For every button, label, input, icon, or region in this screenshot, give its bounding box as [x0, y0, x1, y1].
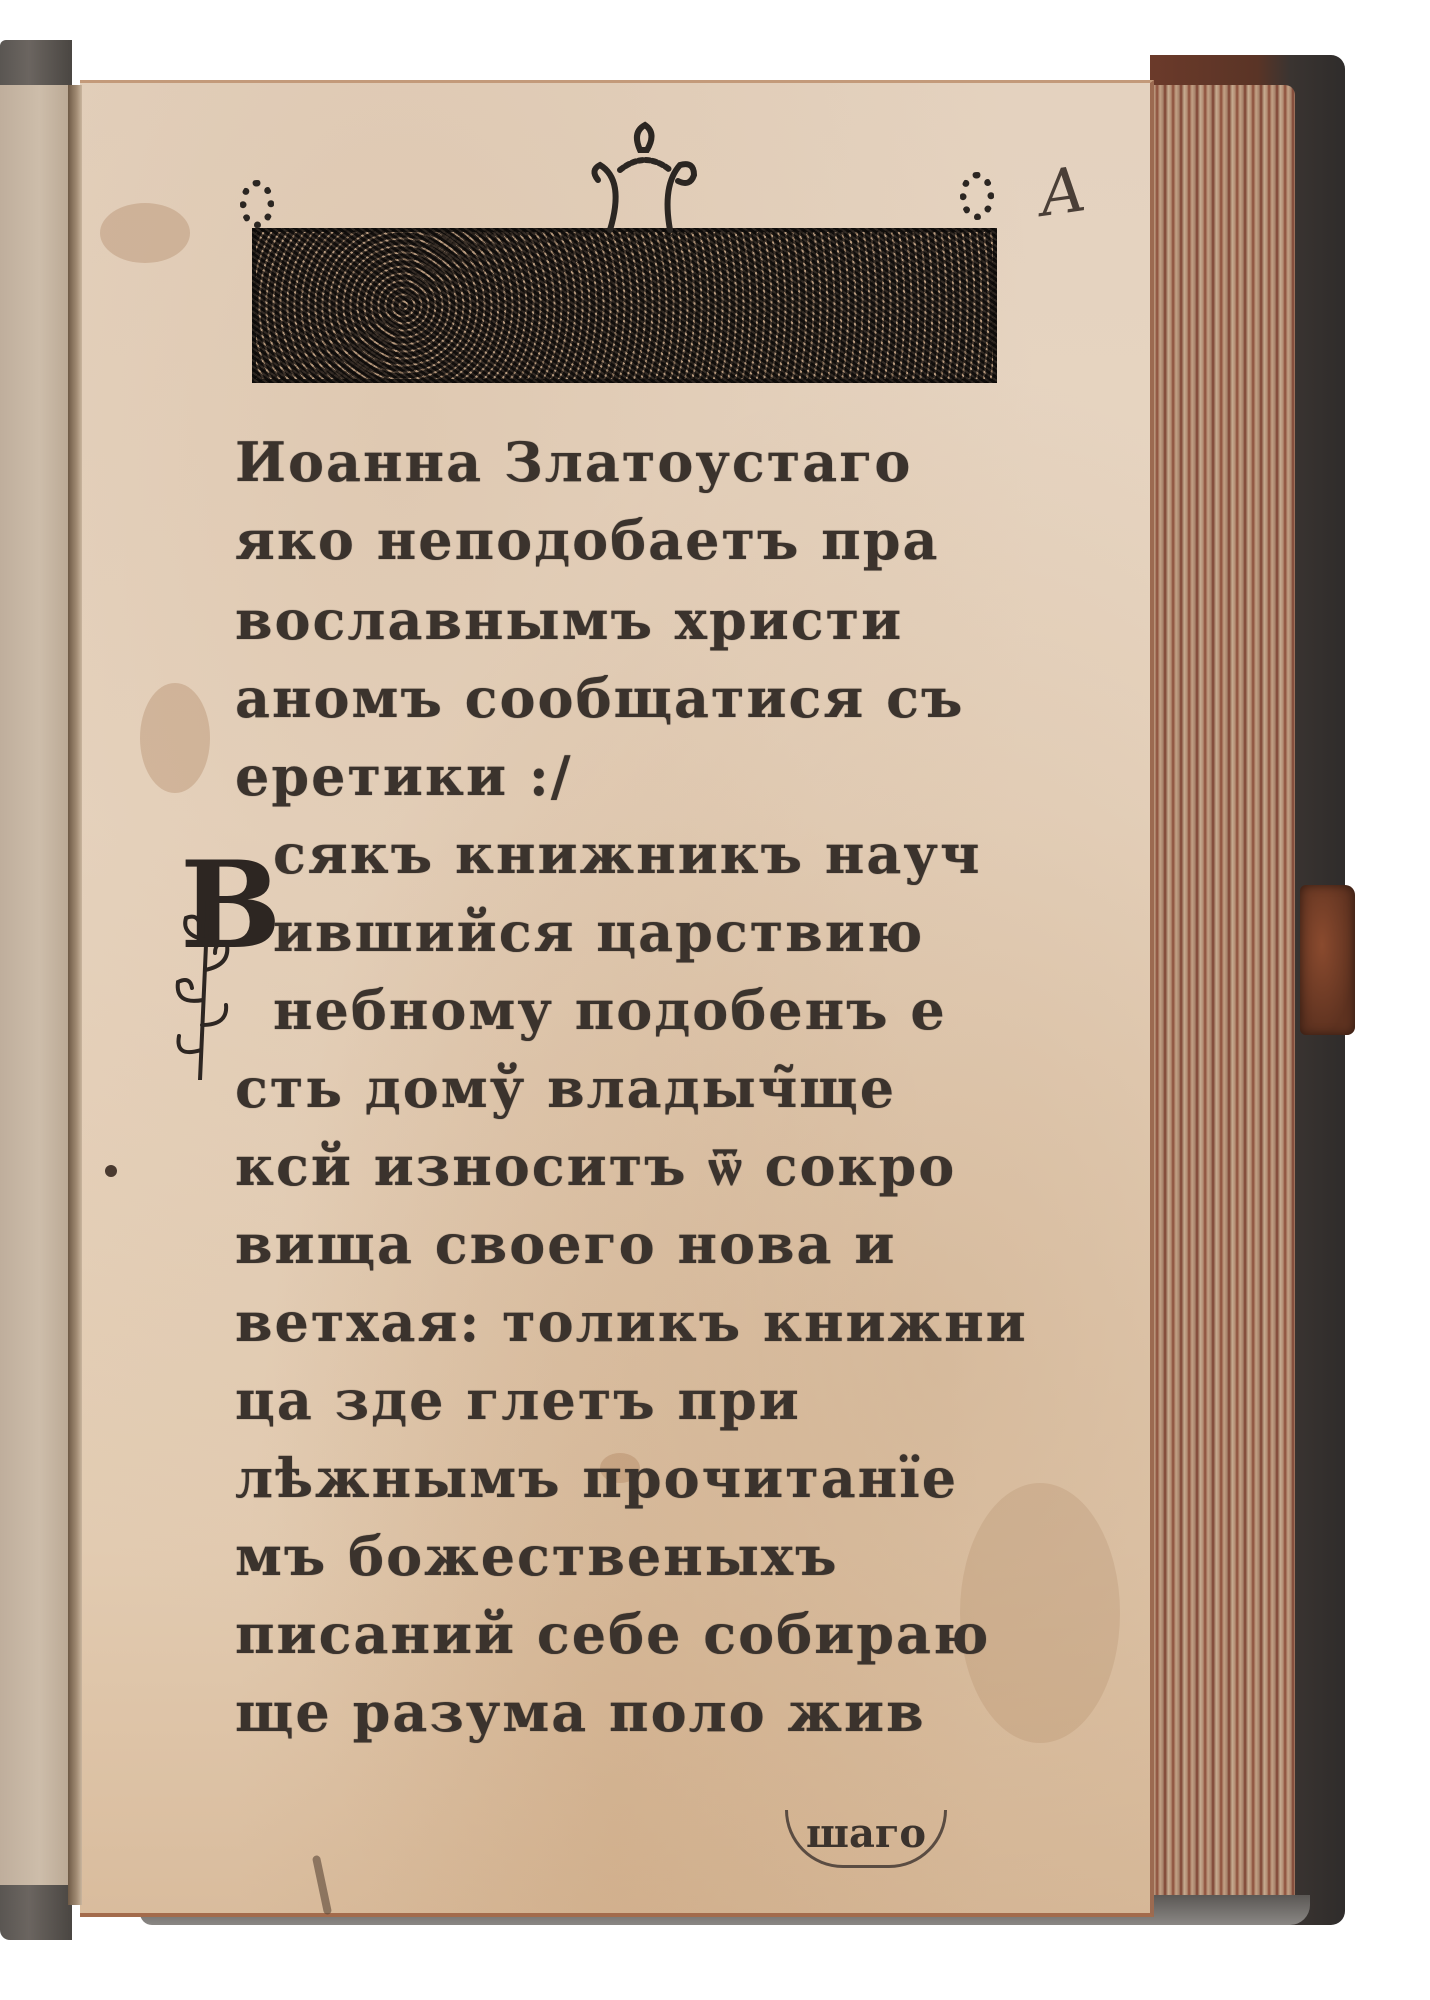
corner-mark: A — [1035, 152, 1090, 231]
foxing-stain — [100, 203, 190, 263]
headpiece-texture — [252, 228, 997, 383]
text-line-12: ветхая: толикъ книжни — [235, 1290, 1028, 1354]
left-finial-ornament — [240, 180, 274, 228]
text-line-9: сть домў владыч̃ще — [235, 1056, 896, 1120]
crest-ornament-icon — [570, 120, 720, 235]
text-line-3: вославнымъ христи — [235, 588, 903, 652]
text-line-4: аномъ сообщатися съ — [235, 666, 964, 730]
text-line-1: Иоанна Златоустаго — [235, 430, 912, 494]
text-line-7: ившийся царствию — [273, 900, 924, 964]
text-line-11: вища своего нова и — [235, 1212, 896, 1276]
text-line-2: яко неподобаетъ пра — [235, 508, 939, 572]
text-line-17: ще разума поло жив — [235, 1680, 926, 1744]
text-line-14: лѣжнымъ прочитанїе — [235, 1446, 958, 1510]
text-line-15: мъ божественыхъ — [235, 1524, 839, 1588]
gutter-fold — [68, 85, 82, 1905]
text-line-5: еретики :/ — [235, 744, 573, 808]
text-line-10: ксй износитъ ѿ сокро — [235, 1134, 956, 1198]
text-line-16: писаний себе собираю — [235, 1602, 990, 1666]
text-line-6: сякъ книжникъ науч — [273, 822, 982, 886]
margin-ink-dot — [105, 1165, 117, 1177]
foxing-stain — [140, 683, 210, 793]
right-finial-ornament — [960, 172, 994, 220]
leather-clasp — [1300, 885, 1355, 1035]
text-line-8: небному подобенъ е — [273, 978, 947, 1042]
left-flyleaf — [0, 85, 74, 1885]
initial-vine-ornament-icon — [168, 900, 238, 1080]
text-line-13: ца зде глетъ при — [235, 1368, 801, 1432]
